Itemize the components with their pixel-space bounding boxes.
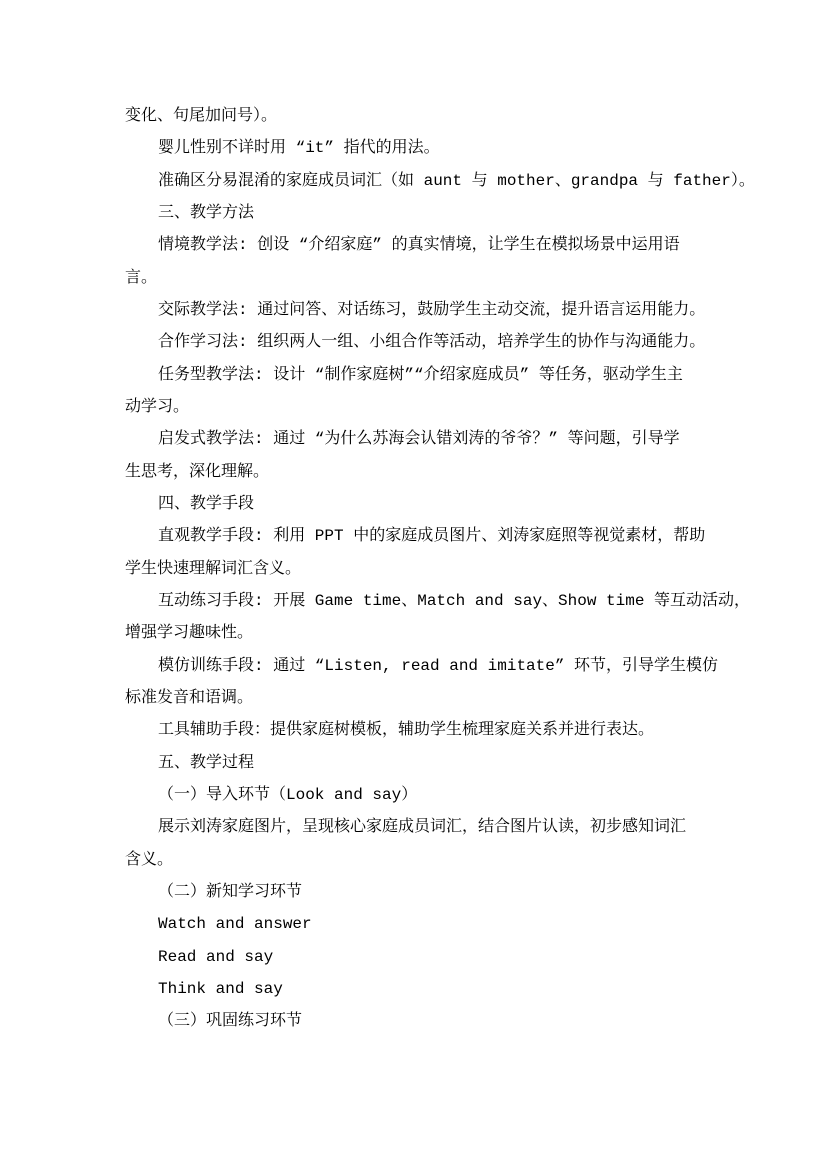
- text-line: 任务型教学法: 设计 “制作家庭树”“介绍家庭成员” 等任务，驱动学生主: [125, 359, 709, 391]
- text-line: 变化、句尾加问号）。: [125, 100, 709, 132]
- text-line: 情境教学法: 创设 “介绍家庭” 的真实情境，让学生在模拟场景中运用语: [125, 229, 709, 261]
- text-line: （二）新知学习环节: [125, 876, 709, 908]
- text-line: 交际教学法: 通过问答、对话练习，鼓励学生主动交流，提升语言运用能力。: [125, 294, 709, 326]
- text-line: 启发式教学法: 通过 “为什么苏海会认错刘涛的爷爷？” 等问题，引导学: [125, 423, 709, 455]
- text-line: 工具辅助手段：提供家庭树模板，辅助学生梳理家庭关系并进行表达。: [125, 714, 709, 746]
- text-line: 合作学习法: 组织两人一组、小组合作等活动，培养学生的协作与沟通能力。: [125, 326, 709, 358]
- text-line: 模仿训练手段: 通过 “Listen, read and imitate” 环节…: [125, 650, 709, 682]
- document-page: 变化、句尾加问号）。婴儿性别不详时用 “it” 指代的用法。准确区分易混淆的家庭…: [0, 0, 827, 1170]
- text-line: 动学习。: [125, 391, 709, 423]
- text-line: 生思考，深化理解。: [125, 456, 709, 488]
- text-line: 五、教学过程: [125, 747, 709, 779]
- text-line: 直观教学手段: 利用 PPT 中的家庭成员图片、刘涛家庭照等视觉素材，帮助: [125, 520, 709, 552]
- text-line: 婴儿性别不详时用 “it” 指代的用法。: [125, 132, 709, 164]
- text-line: 展示刘涛家庭图片，呈现核心家庭成员词汇，结合图片认读，初步感知词汇: [125, 811, 709, 843]
- text-line: Think and say: [125, 973, 709, 1005]
- text-line: 言。: [125, 262, 709, 294]
- document-body: 变化、句尾加问号）。婴儿性别不详时用 “it” 指代的用法。准确区分易混淆的家庭…: [125, 100, 709, 1038]
- text-line: 三、教学方法: [125, 197, 709, 229]
- text-line: Read and say: [125, 941, 709, 973]
- text-line: 准确区分易混淆的家庭成员词汇（如 aunt 与 mother、grandpa 与…: [125, 165, 709, 197]
- text-line: 学生快速理解词汇含义。: [125, 553, 709, 585]
- text-line: （三）巩固练习环节: [125, 1005, 709, 1037]
- text-line: （一）导入环节（Look and say）: [125, 779, 709, 811]
- text-line: 标准发音和语调。: [125, 682, 709, 714]
- text-line: 互动练习手段: 开展 Game time、Match and say、Show …: [125, 585, 709, 617]
- text-line: Watch and answer: [125, 908, 709, 940]
- text-line: 增强学习趣味性。: [125, 617, 709, 649]
- text-line: 含义。: [125, 844, 709, 876]
- text-line: 四、教学手段: [125, 488, 709, 520]
